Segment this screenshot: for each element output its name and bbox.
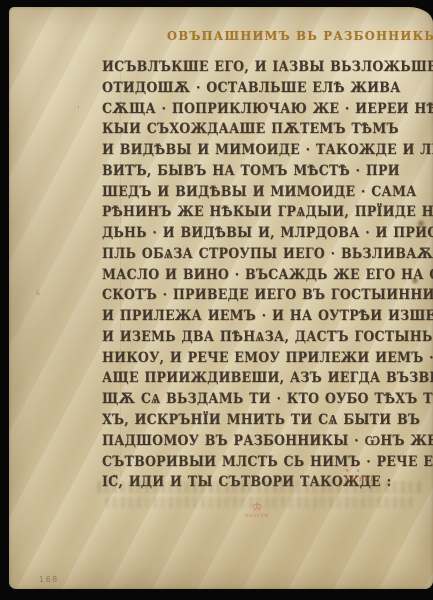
text-line: ПАДШОМОУ ВЪ РАЗБОННИКЫ · ѠНЪ ЖЕ РЕ · (102, 430, 432, 453)
parchment-stain-spot (245, 314, 254, 321)
gloss-superscript: ч з (345, 469, 374, 475)
pencil-folio-number: 168 (39, 575, 59, 584)
text-line: КЫИ СЪХОЖДААШЕ ПѪТЕМЪ ТѢМЪ (102, 118, 432, 141)
text-line: ИСЪВЛЪКШЕ ЕГО, И ІАЗВЫ ВЬЗЛОЖЬШЕ (102, 56, 432, 79)
text-line: И ПРИЛЕЖА ИЕМЪ · И НА ОУТРѢИ ИЗШЕДЬ (102, 305, 432, 328)
text-line: ВИТЪ, БЫВЪ НА ТОМЪ МѢСТѢ · ПРИ (102, 160, 432, 183)
manuscript-page: ОВЪПАШНИМЪ ВЬ РАЗБОННИКЫ : ИСЪВЛЪКШЕ ЕГО… (9, 7, 433, 589)
text-line: ДЬНЬ · И ВИДѢВЫ И, МЛРДОВА · И ПРИСТѪ (102, 222, 432, 245)
marginal-pen-flourish: ’ (77, 105, 82, 114)
text-line: АЩЕ ПРИИЖДИВЕШИ, АЗЪ ИЕГДА ВЪЗВРА (102, 367, 432, 390)
text-line: И ВИДѢВЫ И МИМОИДЕ · ТАКОЖДЕ И ЛЕ (102, 139, 432, 162)
text-line: ХЪ, ИСКРЪНЇИ МНИТЬ ТИ СѦ БЫТИ ВЪ (102, 409, 432, 432)
stamp-label: MUSEUM (240, 514, 274, 518)
text-line: СЪТВОРИВЫИ МЛСТЬ СЬ НИМЪ · РЕЧЕ ЕМОУ (102, 450, 432, 473)
chapter-heading-rubric: ОВЪПАШНИМЪ ВЬ РАЗБОННИКЫ : (167, 28, 433, 43)
text-line: СКОТЪ · ПРИВЕДЕ ИЕГО ВЪ ГОСТЫИННИЦѪ, (102, 284, 432, 307)
text-line: ШЕДЪ И ВИДѢВЫ И МИМОИДЕ · САМА (102, 180, 432, 203)
parchment-stain-spot (416, 219, 426, 228)
show-through-smudge (97, 481, 422, 493)
text-line: СѪЩА · ПОПРИКЛЮЧАЮ ЖЕ · ИЕРЕИ НѢ (102, 97, 432, 120)
text-line: ЩѪ СѦ ВЬЗДАМЬ ТИ · КТО ОУБО ТѢХЪ ТРЇИ (102, 388, 432, 411)
text-line: ОТИДОШѪ · ОСТАВЛЬШЕ ЕЛѢ ЖИВА (102, 77, 432, 100)
photo-background: ОВЪПАШНИМЪ ВЬ РАЗБОННИКЫ : ИСЪВЛЪКШЕ ЕГО… (0, 0, 433, 600)
marginal-faint-letter: ь (36, 288, 40, 297)
text-line: ПЛЬ ОБѦЗА СТРОУПЫ ИЕГО · ВЬЗЛИВАѪ (102, 243, 432, 266)
text-line: И ИЗЕМЬ ДВА ПѢНѦЗА, ДАСТЪ ГОСТЫНЬ (102, 326, 432, 349)
library-stamp: ♔ MUSEUM (240, 501, 274, 518)
parchment-stain-spot (411, 277, 419, 285)
text-line: РѢНИНЪ ЖЕ НѢКЫИ ГРѦДЫИ, ПРЇИДЕ НА (102, 201, 432, 224)
text-block: ИСЪВЛЪКШЕ ЕГО, И ІАЗВЫ ВЬЗЛОЖЬШЕОТИДОШѪ … (102, 57, 432, 493)
crown-icon: ♔ (240, 501, 274, 513)
